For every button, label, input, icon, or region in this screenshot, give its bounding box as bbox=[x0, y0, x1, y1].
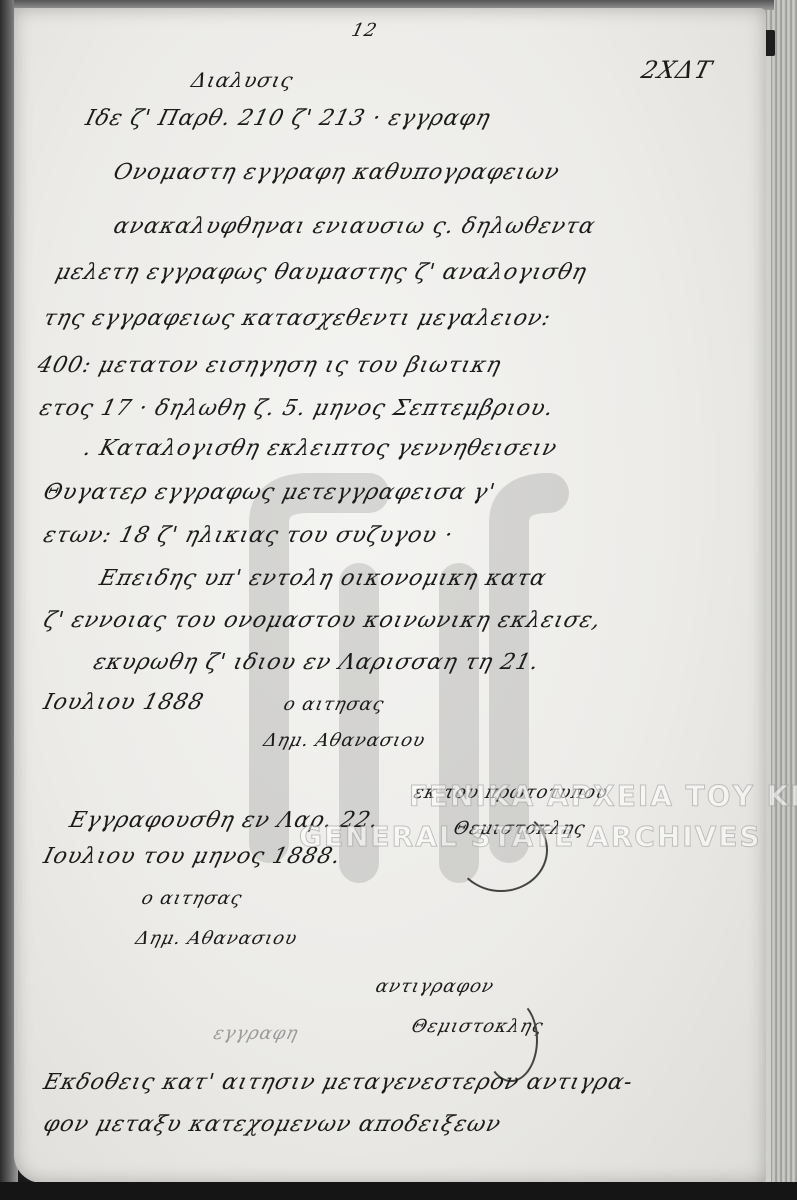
manuscript-page: 12 2ΧΔΤ Διαλυσις Ιδε ζ' Παρθ. 210 ζ' 213… bbox=[14, 8, 766, 1183]
line-8: . Καταλογισθη εκλειπτος γεννηθεισειν bbox=[81, 436, 560, 461]
line-13: εκυρωθη ζ' ιδιου εν Λαρισσαη τη 21. bbox=[91, 650, 542, 675]
faint-note: εγγραφη bbox=[211, 1023, 301, 1044]
line-4: μελετη εγγραφως θαυμαστης ζ' αναλογισθη bbox=[53, 260, 590, 285]
watermark-english: GENERAL STATE ARCHIVES bbox=[299, 820, 762, 853]
line-10: ετων: 18 ζ' ηλικιας του συζυγου · bbox=[41, 523, 456, 548]
watermark-greek: ΓΕΝΙΚΑ ΑΡΧΕΙΑ ΤΟΥ ΚΡΑΤΟΥΣ bbox=[409, 780, 797, 813]
line-6: 400: μετατον εισηγηση ις του βιωτικη bbox=[35, 353, 504, 378]
line-2: Ονομαστη εγγραφη καθυπογραφειων bbox=[111, 160, 563, 185]
page-number: 12 bbox=[349, 20, 379, 41]
line-3: ανακαλυφθηναι ενιαυσιω ς. δηλωθεντα bbox=[111, 214, 598, 239]
line-7: ετος 17 · δηλωθη ζ. 5. μηνος Σεπτεμβριου… bbox=[37, 396, 557, 421]
entry-title: Διαλυσις bbox=[189, 68, 296, 92]
signature-name-2: Δημ. Αθανασιου bbox=[133, 928, 299, 949]
closing-line-1: Εκδοθεις κατ' αιτησιν μεταγενεστερον αντ… bbox=[41, 1070, 636, 1095]
bottom-edge bbox=[0, 1182, 797, 1200]
corner-mark: 2ΧΔΤ bbox=[639, 56, 716, 84]
line-14: Ιουλιου 1888 bbox=[41, 690, 207, 715]
line-9: Θυγατερ εγγραφως μετεγγραφεισα γ' bbox=[41, 480, 498, 505]
closing-line-2: φον μεταξυ κατεχομενων αποδειξεων bbox=[41, 1112, 504, 1137]
line-12: ζ' εννοιας του ονομαστου κοινωνικη εκλει… bbox=[41, 608, 604, 633]
line-1: Ιδε ζ' Παρθ. 210 ζ' 213 · εγγραφη bbox=[83, 106, 494, 131]
line-11: Επειδης υπ' εντολη οικονομικη κατα bbox=[97, 566, 550, 591]
signature-label-1: ο αιτησας bbox=[281, 694, 386, 715]
certification-label-2: αντιγραφον bbox=[373, 976, 496, 997]
signature-label-2: ο αιτησας bbox=[139, 888, 244, 909]
line-5: της εγγραφειως κατασχεθεντι μεγαλειον: bbox=[41, 306, 554, 331]
signature-name-1: Δημ. Αθανασιου bbox=[261, 730, 427, 751]
